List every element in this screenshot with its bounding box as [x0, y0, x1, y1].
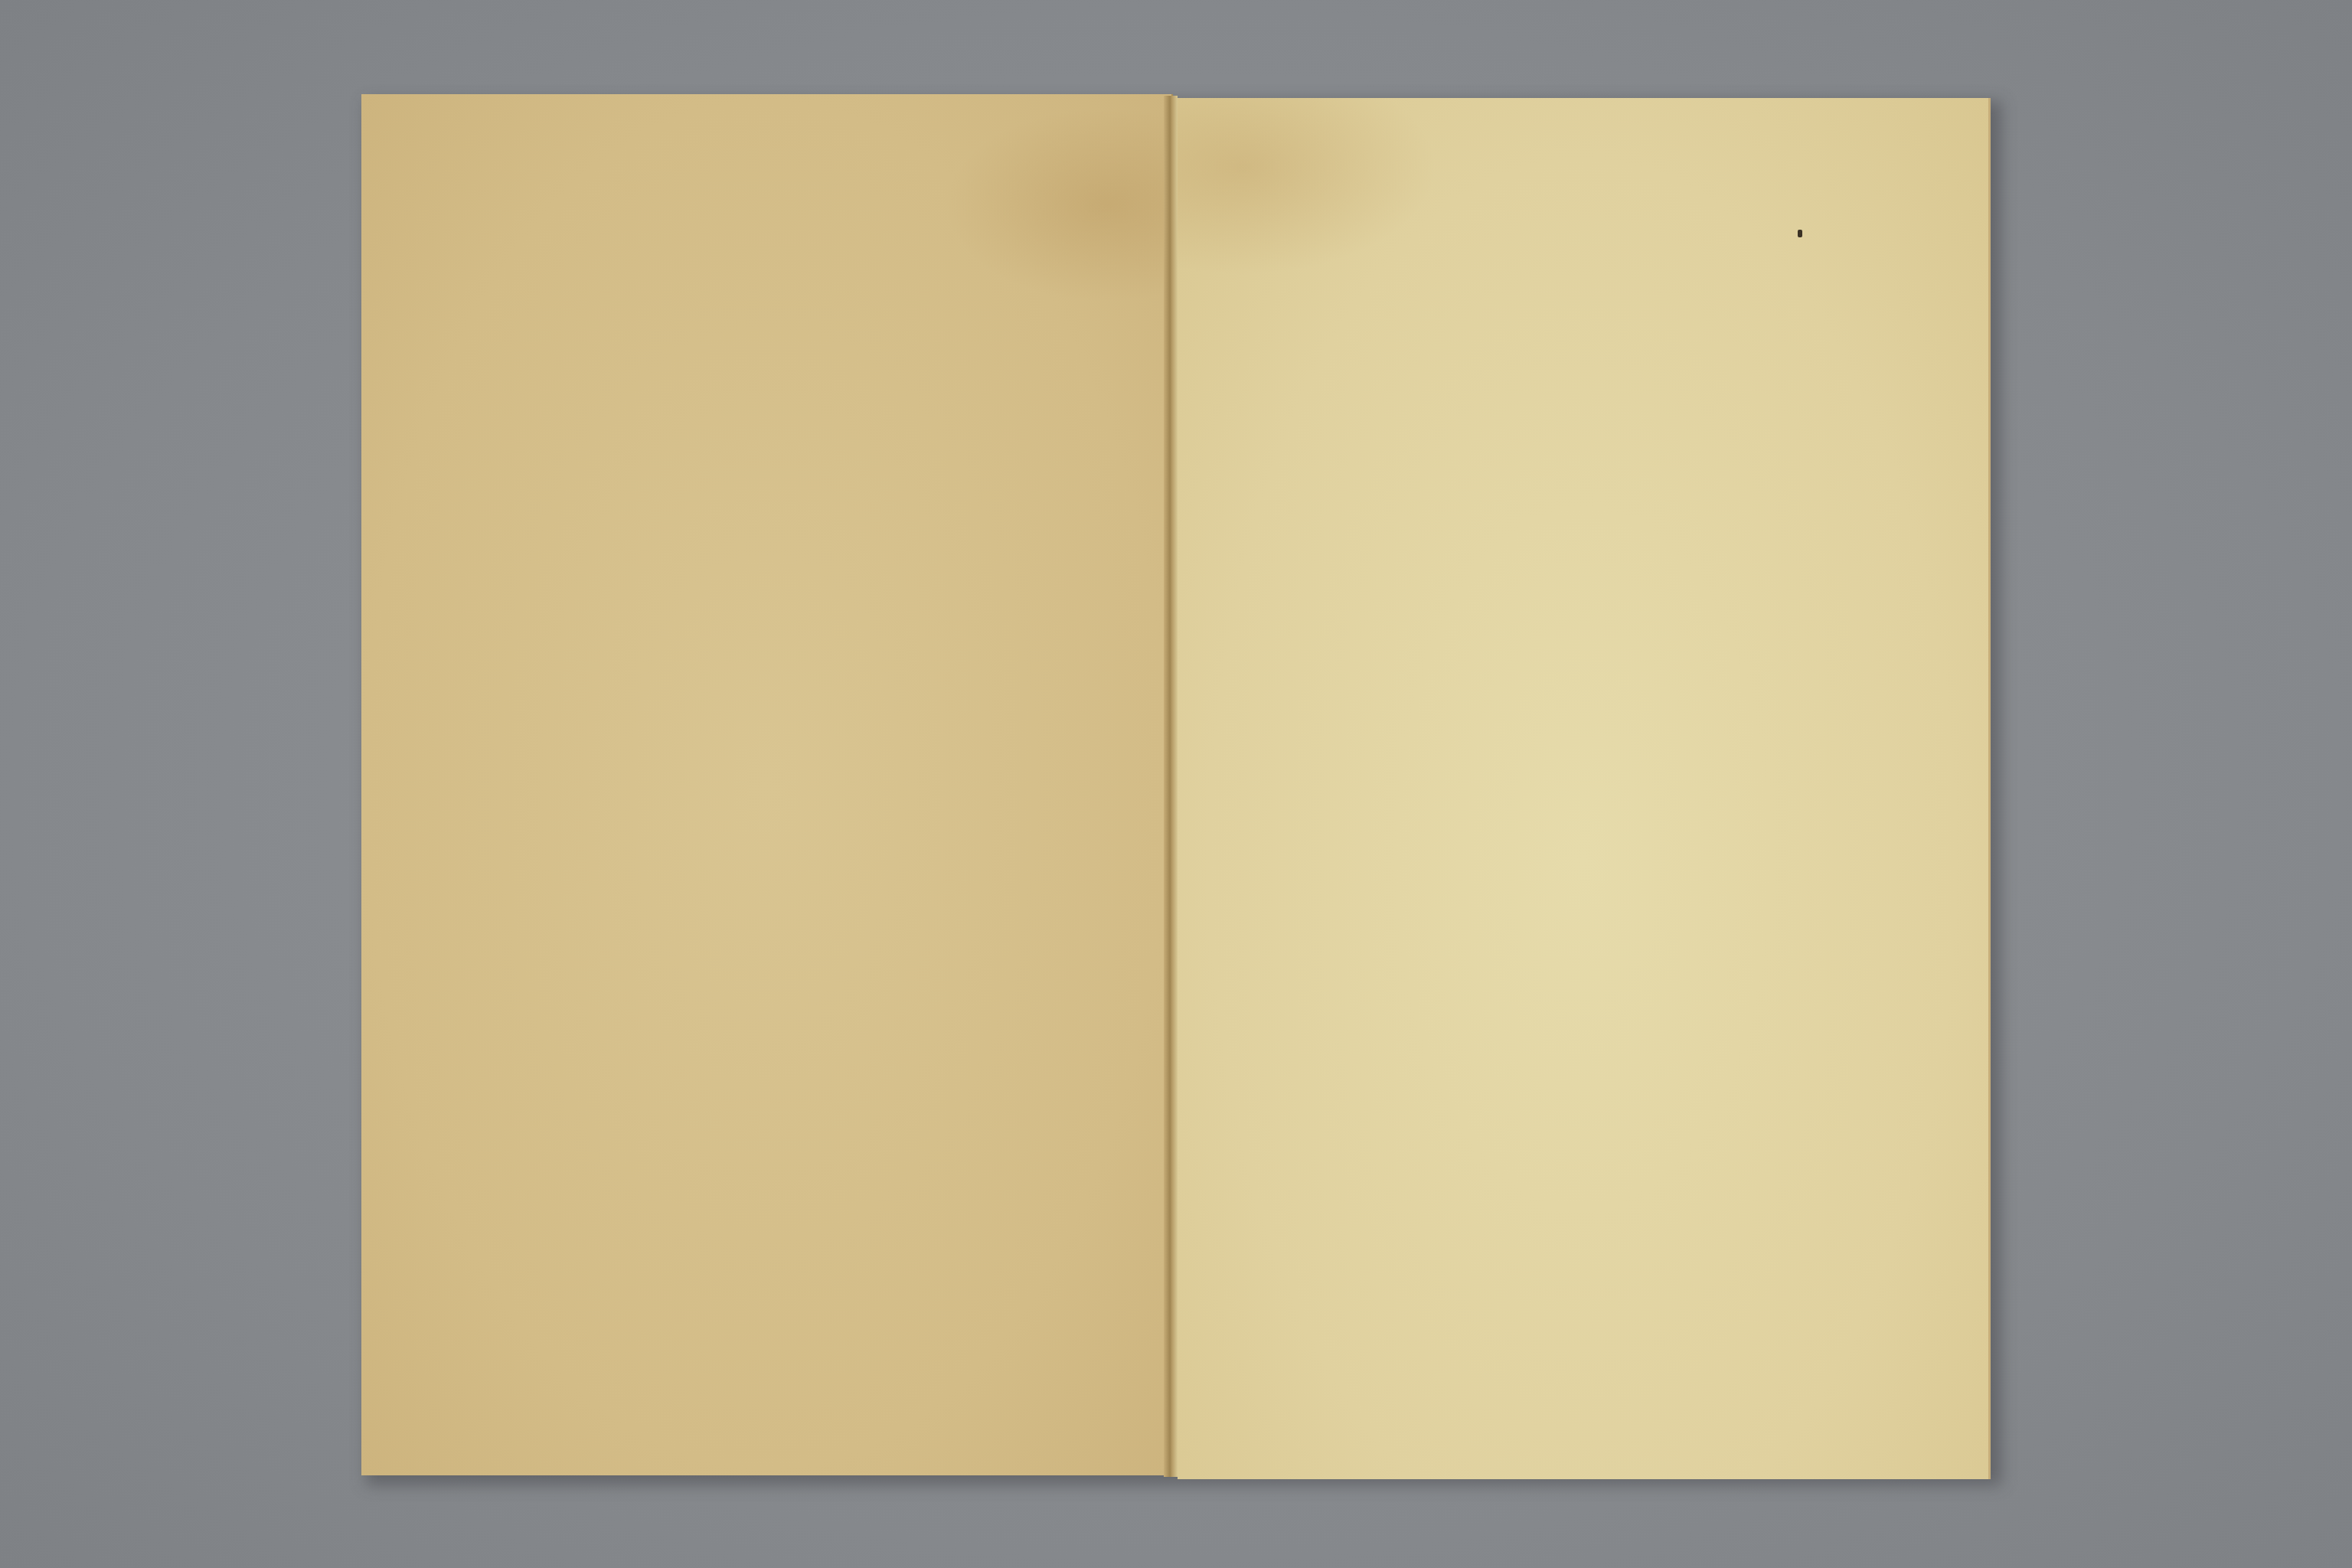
right-page: [1178, 98, 1991, 1479]
book-gutter: [1164, 96, 1178, 1477]
left-page: [361, 94, 1173, 1475]
ink-fleck: [1798, 230, 1802, 237]
